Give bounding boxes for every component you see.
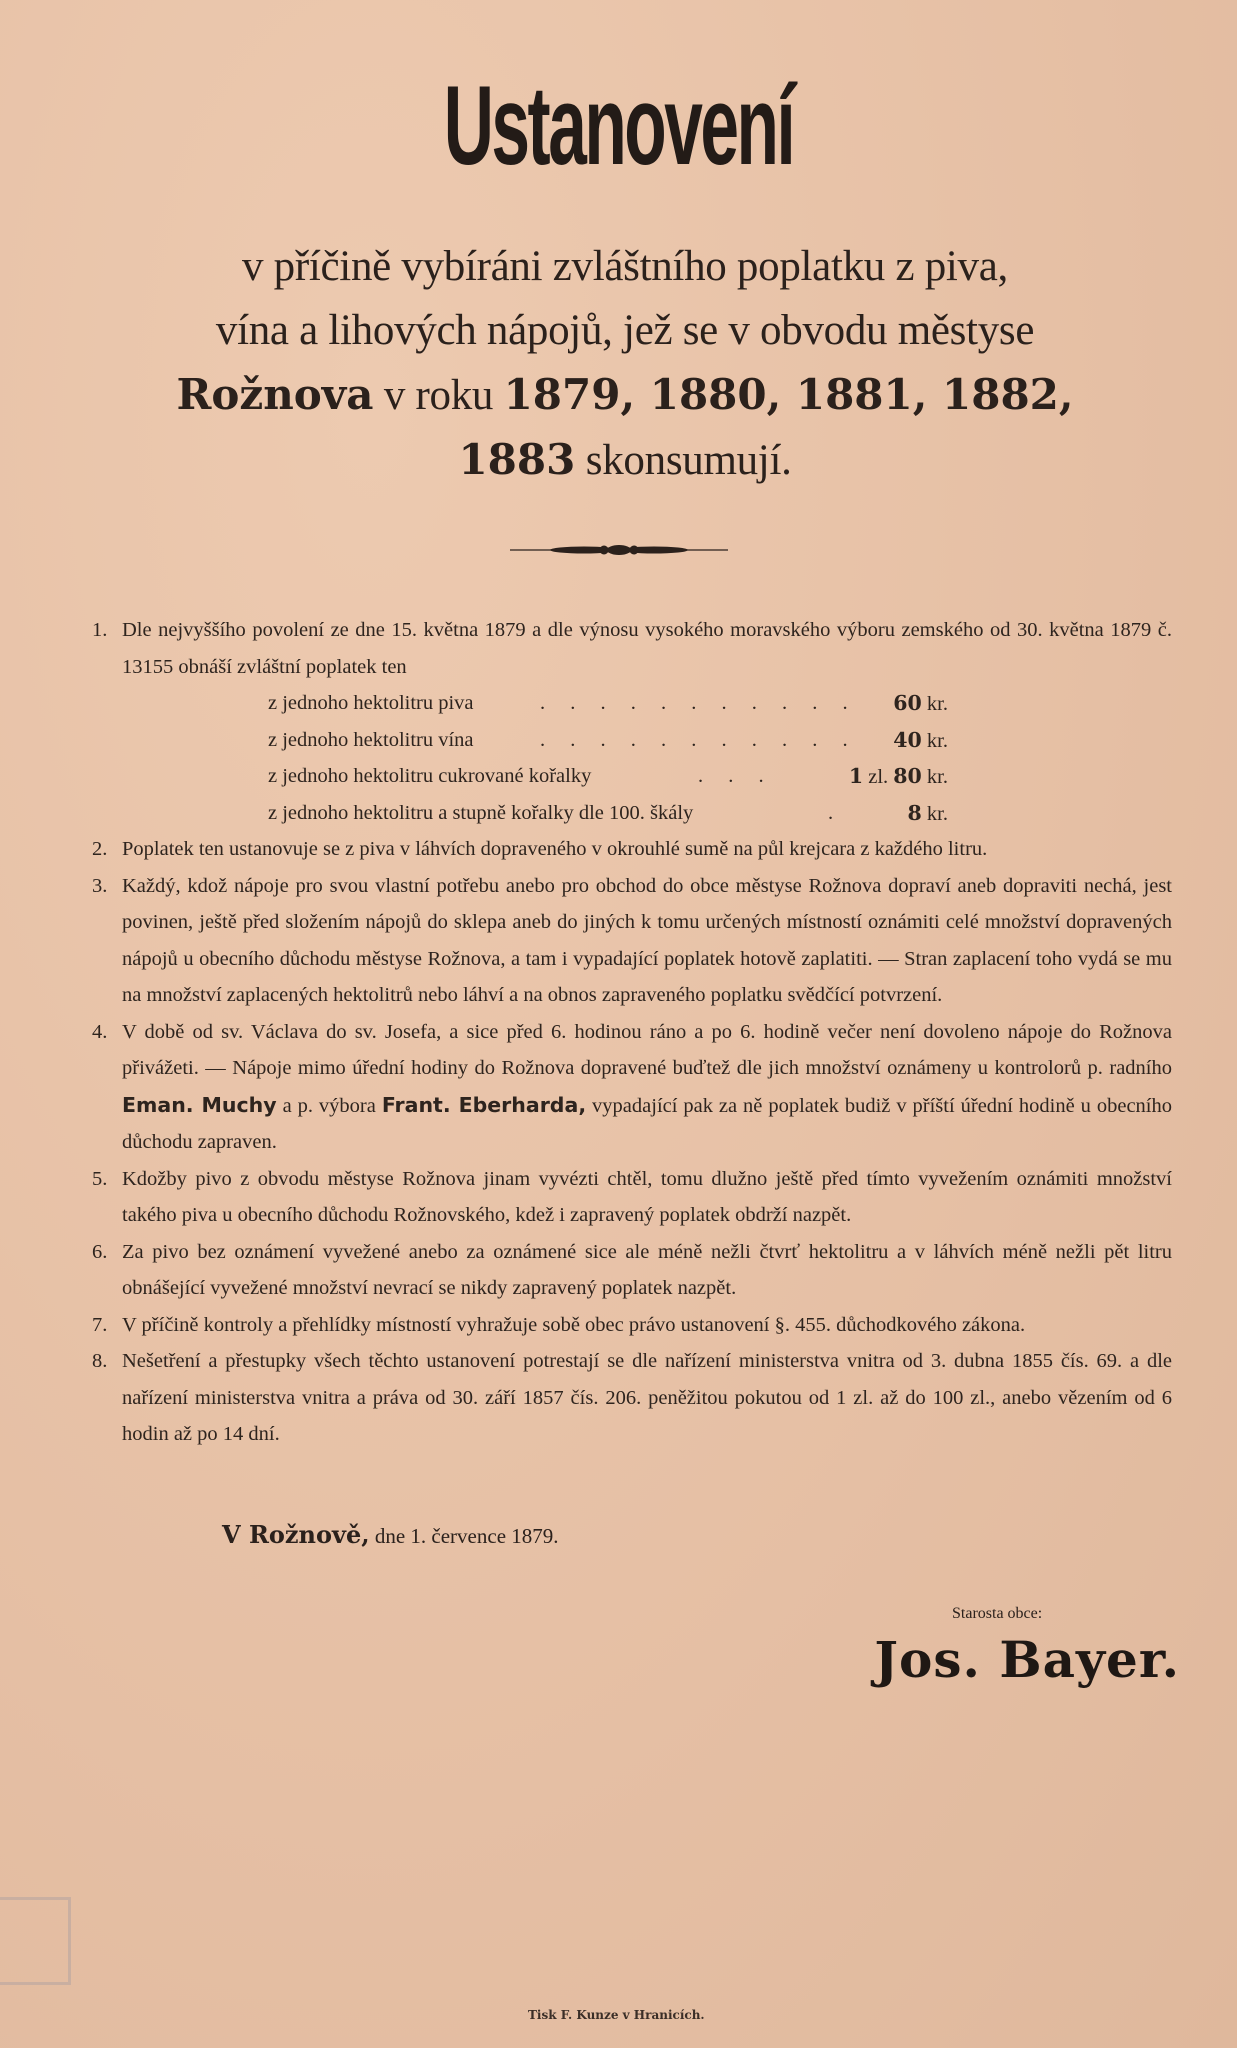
- fee-description: z jednoho hektolitru vína: [268, 722, 474, 759]
- item-number: 2.: [92, 831, 107, 868]
- printer-imprint: Tisk F. Kunze v Hranicích.: [528, 2008, 705, 2022]
- item-text: Dle nejvyššího povolení ze dne 15. květn…: [122, 619, 1172, 678]
- item-number: 8.: [92, 1343, 107, 1380]
- subtitle-line-2: vína a lihových nápojů, jež se v obvodu …: [70, 299, 1180, 363]
- subtitle-year-prefix: v roku: [373, 372, 503, 419]
- document-title: Ustanovení: [235, 70, 1002, 182]
- fee-description: z jednoho hektolitru a stupně kořalky dl…: [268, 795, 693, 832]
- fee-kr-unit: kr.: [922, 803, 948, 825]
- item-text-b: a p. výbora: [277, 1095, 382, 1117]
- signature-label: Starosta obce:: [952, 1605, 1042, 1623]
- subtitle-ending: skonsumují.: [575, 437, 791, 484]
- item-text-a: V době od sv. Václava do sv. Josefa, a s…: [122, 1021, 1172, 1080]
- fee-kr-unit: kr.: [922, 693, 948, 715]
- list-item-4: 4. V době od sv. Václava do sv. Josefa, …: [92, 1014, 1172, 1161]
- fee-amount: 40 kr.: [893, 722, 948, 760]
- ordinance-body: 1. Dle nejvyššího povolení ze dne 15. kv…: [92, 612, 1172, 1453]
- fee-kr-unit: kr.: [922, 730, 948, 752]
- poster-page: Ustanovení v příčině vybíráni zvláštního…: [0, 0, 1237, 2048]
- item-text: Nešetření a přestupky všech těchto ustan…: [122, 1350, 1172, 1445]
- fee-description: z jednoho hektolitru piva: [268, 685, 474, 722]
- subtitle-final-year: 1883: [458, 435, 575, 484]
- faded-stamp-mark: [0, 1897, 71, 1985]
- signature-name: Jos. Bayer.: [820, 1630, 1180, 1689]
- item-text: Každý, kdož nápoje pro svou vlastní potř…: [122, 875, 1172, 1007]
- fee-amount: 60 kr.: [893, 685, 948, 723]
- controller-name-1: Eman. Muchy: [122, 1093, 277, 1117]
- subtitle-line-3: Rožnova v roku 1879, 1880, 1881, 1882,: [70, 363, 1180, 428]
- fee-kr-unit: kr.: [922, 766, 948, 788]
- subtitle-line-1: v příčině vybíráni zvláštního poplatku z…: [70, 235, 1180, 299]
- dateline-date: dne 1. července 1879.: [370, 1524, 559, 1548]
- item-text: Za pivo bez oznámení vyvežené anebo za o…: [122, 1241, 1172, 1300]
- list-item-5: 5. Kdožby pivo z obvodu městyse Rožnova …: [92, 1161, 1172, 1234]
- dateline: V Rožnově, dne 1. července 1879.: [222, 1520, 559, 1549]
- fee-leader-dots: . . . . . . . . . . .: [540, 722, 858, 759]
- town-name: Rožnova: [176, 370, 373, 419]
- fee-row-beer: z jednoho hektolitru piva . . . . . . . …: [268, 685, 948, 722]
- subtitle-line-4: 1883 skonsumují.: [70, 428, 1180, 493]
- item-text: Kdožby pivo z obvodu městyse Rožnova jin…: [122, 1168, 1172, 1227]
- item-number: 7.: [92, 1307, 107, 1344]
- item-number: 5.: [92, 1161, 107, 1198]
- ornament-divider-icon: [508, 542, 730, 558]
- list-item-3: 3. Každý, kdož nápoje pro svou vlastní p…: [92, 868, 1172, 1014]
- item-number: 4.: [92, 1014, 107, 1051]
- fee-leader-dots: .: [828, 795, 843, 832]
- fee-row-spirits-per-degree: z jednoho hektolitru a stupně kořalky dl…: [268, 795, 948, 832]
- list-item-1: 1. Dle nejvyššího povolení ze dne 15. kv…: [92, 612, 1172, 685]
- fee-description: z jednoho hektolitru cukrované kořalky: [268, 758, 591, 795]
- item-number: 3.: [92, 868, 107, 905]
- fee-kr-value: 8: [908, 801, 922, 825]
- fee-row-wine: z jednoho hektolitru vína . . . . . . . …: [268, 722, 948, 759]
- dateline-place: V Rožnově,: [222, 1520, 370, 1549]
- subtitle-years: 1879, 1880, 1881, 1882,: [504, 370, 1074, 419]
- fee-leader-dots: . . .: [698, 758, 774, 795]
- fee-zl-unit: zl.: [863, 766, 893, 788]
- fee-amount: 1 zl. 80 kr.: [849, 758, 948, 796]
- item-text: V příčině kontroly a přehlídky místností…: [122, 1314, 1025, 1336]
- item-number: 1.: [92, 612, 107, 649]
- list-item-2: 2. Poplatek ten ustanovuje se z piva v l…: [92, 831, 1172, 868]
- item-number: 6.: [92, 1234, 107, 1271]
- fee-kr-value: 40: [893, 728, 922, 752]
- fee-row-sweetened-spirits: z jednoho hektolitru cukrované kořalky .…: [268, 758, 948, 795]
- item-text: Poplatek ten ustanovuje se z piva v láhv…: [122, 838, 987, 860]
- fee-leader-dots: . . . . . . . . . . .: [540, 685, 858, 722]
- fee-amount: 8 kr.: [908, 795, 948, 833]
- list-item-8: 8. Nešetření a přestupky všech těchto us…: [92, 1343, 1172, 1453]
- fee-kr-value: 80: [893, 764, 922, 788]
- fee-kr-value: 60: [893, 691, 922, 715]
- list-item-6: 6. Za pivo bez oznámení vyvežené anebo z…: [92, 1234, 1172, 1307]
- list-item-7: 7. V příčině kontroly a přehlídky místno…: [92, 1307, 1172, 1344]
- fee-zl-value: 1: [849, 764, 863, 788]
- document-subtitle: v příčině vybíráni zvláštního poplatku z…: [70, 235, 1180, 493]
- controller-name-2: Frant. Eberharda,: [382, 1093, 586, 1117]
